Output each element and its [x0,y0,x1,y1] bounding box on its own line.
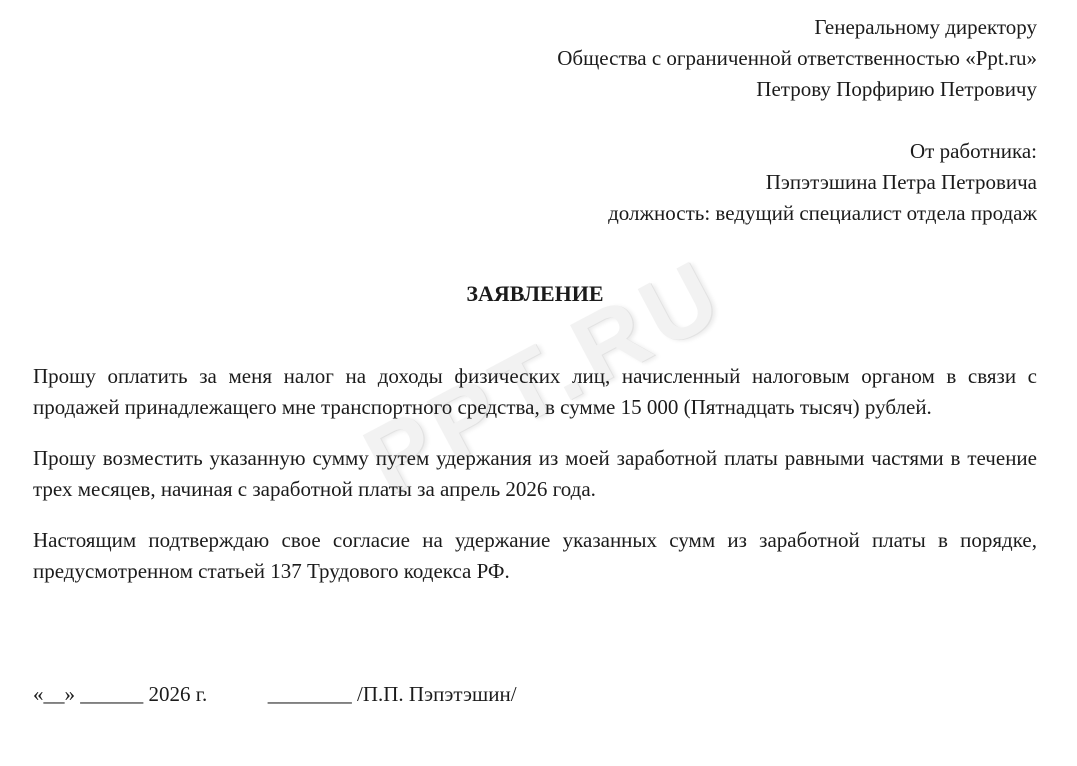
paragraph-tax-payment: Прошу оплатить за меня налог на доходы ф… [33,361,1037,422]
from-block: От работника: Пэпэтэшина Петра Петровича… [33,136,1037,229]
year-label: 2026 г. [149,682,208,706]
document-content: Генеральному директору Общества с ограни… [0,0,1077,710]
recipient-block: Генеральному директору Общества с ограни… [33,12,1037,105]
signature-line: «__» ______ 2026 г. ________ /П.П. Пэпэт… [33,679,1037,710]
date-quote-blank: «__» [33,682,75,706]
recipient-title-line: Генеральному директору [33,12,1037,43]
date-fill-line: ______ [80,682,143,706]
document-title: ЗАЯВЛЕНИЕ [33,278,1037,309]
body-paragraphs: Прошу оплатить за меня налог на доходы ф… [33,361,1037,586]
recipient-name-line: Петрову Порфирию Петровичу [33,74,1037,105]
signature-fill-line: ________ [268,682,352,706]
from-name-line: Пэпэтэшина Петра Петровича [33,167,1037,198]
document-page: PPT.RU Генеральному директору Общества с… [0,0,1077,766]
recipient-company-line: Общества с ограниченной ответственностью… [33,43,1037,74]
from-position-line: должность: ведущий специалист отдела про… [33,198,1037,229]
paragraph-consent: Настоящим подтверждаю свое согласие на у… [33,525,1037,586]
paragraph-reimbursement: Прошу возместить указанную сумму путем у… [33,443,1037,504]
signatory-name: /П.П. Пэпэтэшин/ [357,682,517,706]
from-label-line: От работника: [33,136,1037,167]
